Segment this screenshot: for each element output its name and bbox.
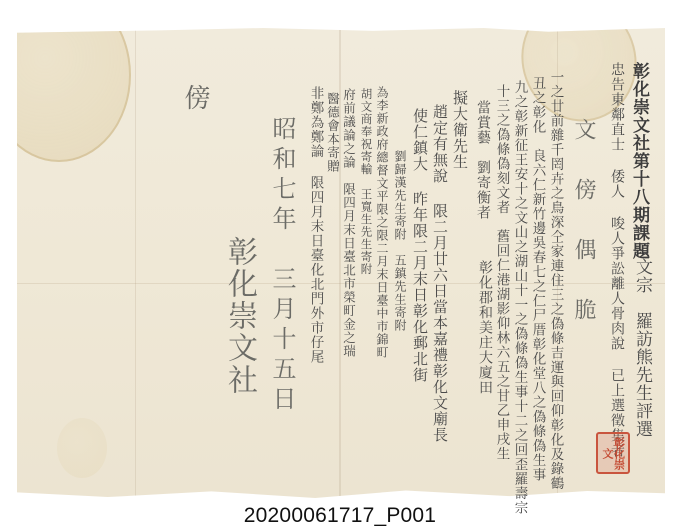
- document-label: 傍: [182, 84, 208, 111]
- document-paper: [17, 28, 665, 498]
- next-topic-8: 非鄭為鄭論 限四月末日臺化北門外市仔尾: [308, 86, 322, 364]
- water-stain-top-left: [0, 0, 131, 162]
- next-topic-5: 胡文商奉祝寄輸 王寬生先生寄附: [360, 88, 372, 276]
- next-topic-2: 使仁鎮大 昨年限二月末日彰化郵北街: [412, 108, 427, 383]
- ranking-column-2: 丑之彰化 良六仁新竹邊吳春七之仁尸厝彰化堂八之偽條偽生事: [530, 76, 544, 482]
- next-topic-3: 劉歸漢先生寄附 五鎮先生寄附: [394, 150, 406, 332]
- red-seal-stamp: 彰化崇文: [596, 432, 630, 474]
- society-signature: 彰化崇文社: [224, 236, 254, 396]
- next-topic-4: 為李新政府總督文平限之限二月末日臺中市錦町: [376, 86, 388, 359]
- fold-line: [135, 28, 136, 498]
- ranking-column-4: 十三之偽條偽刻文者 舊回仁港湖影仰林六五之甘乙申戌生: [494, 84, 508, 461]
- header-title-column: 彰化崇文社第十八期課題: [630, 62, 647, 260]
- ranking-column-1: 一之廿前雜千罔卉之鳥深仝家連住三之偽條吉運與回仰彰化及錄鶴: [548, 70, 562, 491]
- next-topic-6: 府前議論之論 限四月末日臺北市榮町金之瑞: [342, 88, 355, 358]
- next-topic-7: 醫德會本寄贈: [326, 92, 339, 173]
- judge-column: 文宗 羅訪熊先生評選: [633, 258, 650, 438]
- next-topic-1: 趙定有無說 限二月廿六日當本嘉禮彰化文廟長: [432, 104, 447, 443]
- topic-column: 忠告東鄰直士 倭人 唆人爭訟離人骨肉說 已上選徵集者: [610, 62, 624, 458]
- water-stain-bottom-left: [57, 418, 107, 478]
- award-column: 當賞藝 劉寄衡者: [476, 100, 490, 220]
- address-column: 彰化郡和美庄大廈田: [478, 260, 492, 395]
- document-date: 昭和七年 三月十五日: [270, 116, 294, 416]
- next-topic-heading: 擬大衛先生: [452, 90, 467, 170]
- image-caption-id: 20200061717_P001: [0, 504, 680, 528]
- ranking-column-3: 九之彰新征王安十之文山之湖山十一之偽條偽生事十二之回歪羅壽宗: [512, 80, 526, 515]
- section-heading: 文 傍 偶 脆: [572, 118, 594, 328]
- fold-line: [17, 283, 665, 284]
